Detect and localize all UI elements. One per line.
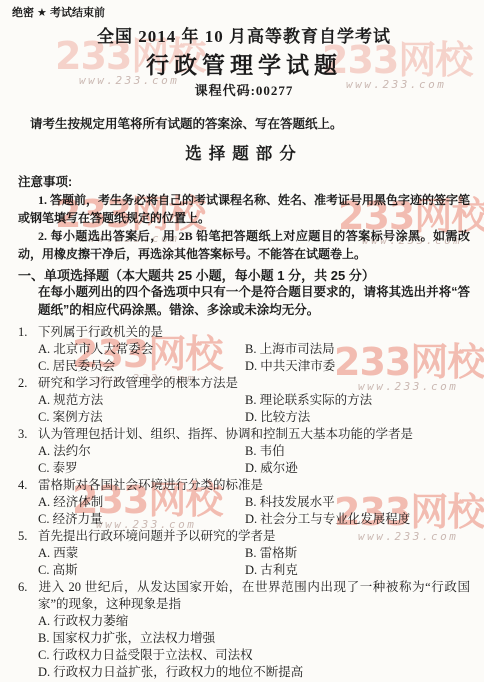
question-stem: 4.雷格斯对各国社会环境进行分类的标准是: [18, 477, 470, 494]
question-number: 4.: [18, 477, 38, 494]
question-options: A. 北京市人大常委会 B. 上海市司法局 C. 居民委员会 D. 中共天津市委: [38, 341, 470, 375]
option-a: A. 行政权力萎缩: [38, 613, 470, 630]
question-options: A. 规范方法 B. 理论联系实际的方法 C. 案例方法 D. 比较方法: [38, 392, 470, 426]
option-b: B. 理论联系实际的方法: [245, 392, 470, 409]
question-stem-text: 首先提出行政环境问题并予以研究的学者是: [38, 529, 276, 543]
part1-instructions: 在每小题列出的四个备选项中只有一个是符合题目要求的，请将其选出并将“答题纸”的相…: [38, 284, 470, 319]
question-1: 1.下列属于行政机关的是 A. 北京市人大常委会 B. 上海市司法局 C. 居民…: [18, 324, 470, 375]
question-stem-text: 认为管理包括计划、组织、指挥、协调和控制五大基本功能的学者是: [38, 427, 413, 441]
note-item-1: 1. 答题前，考生务必将自己的考试课程名称、姓名、准考证号用黑色字迹的签字笔或钢…: [18, 192, 470, 227]
question-stem: 5.首先提出行政环境问题并予以研究的学者是: [18, 528, 470, 545]
question-4: 4.雷格斯对各国社会环境进行分类的标准是 A. 经济体制 B. 科技发展水平 C…: [18, 477, 470, 528]
question-5: 5.首先提出行政环境问题并予以研究的学者是 A. 西蒙 B. 雷格斯 C. 高斯…: [18, 528, 470, 579]
option-a: A. 法约尔: [38, 443, 245, 460]
option-b: B. 国家权力扩张，立法权力增强: [38, 630, 470, 647]
question-3: 3.认为管理包括计划、组织、指挥、协调和控制五大基本功能的学者是 A. 法约尔 …: [18, 426, 470, 477]
question-2: 2.研究和学习行政管理学的根本方法是 A. 规范方法 B. 理论联系实际的方法 …: [18, 375, 470, 426]
option-a: A. 经济体制: [38, 494, 245, 511]
question-list: 1.下列属于行政机关的是 A. 北京市人大常委会 B. 上海市司法局 C. 居民…: [18, 324, 470, 681]
option-b: B. 上海市司法局: [245, 341, 470, 358]
note-item-2: 2. 每小题选出答案后，用 2B 铅笔把答题纸上对应题目的答案标号涂黑。如需改动…: [18, 228, 470, 263]
notes-title: 注意事项:: [18, 174, 470, 191]
question-number: 2.: [18, 375, 38, 392]
question-number: 1.: [18, 324, 38, 341]
question-stem-text: 研究和学习行政管理学的根本方法是: [38, 376, 238, 390]
question-stem-text: 雷格斯对各国社会环境进行分类的标准是: [38, 478, 263, 492]
option-c: C. 居民委员会: [38, 358, 245, 375]
option-c: C. 行政权力日益受限于立法权、司法权: [38, 647, 470, 664]
option-d: D. 行政权力日益扩张，行政权力的地位不断提高: [38, 664, 470, 681]
option-c: C. 泰罗: [38, 460, 245, 477]
question-stem: 1.下列属于行政机关的是: [18, 324, 470, 341]
question-stem: 3.认为管理包括计划、组织、指挥、协调和控制五大基本功能的学者是: [18, 426, 470, 443]
answer-sheet-instruction: 请考生按规定用笔将所有试题的答案涂、写在答题纸上。: [30, 116, 470, 133]
question-number: 5.: [18, 528, 38, 545]
option-a: A. 规范方法: [38, 392, 245, 409]
option-d: D. 社会分工与专业化发展程度: [245, 511, 470, 528]
question-stem: 6.进入 20 世纪后，从发达国家开始，在世界范围内出现了一种被称为“行政国家”…: [18, 579, 470, 613]
question-number: 6.: [18, 579, 38, 596]
option-d: D. 比较方法: [245, 409, 470, 426]
exam-title: 全国 2014 年 10 月高等教育自学考试: [18, 26, 470, 48]
option-a: A. 西蒙: [38, 545, 245, 562]
option-c: C. 经济力量: [38, 511, 245, 528]
option-d: D. 中共天津市委: [245, 358, 470, 375]
question-options: A. 西蒙 B. 雷格斯 C. 高斯 D. 古利克: [38, 545, 470, 579]
part1-heading: 一、单项选择题（本大题共 25 小题，每小题 1 分，共 25 分）: [18, 267, 470, 284]
question-stem-text: 进入 20 世纪后，从发达国家开始，在世界范围内出现了一种被称为“行政国家”的现…: [38, 580, 470, 611]
question-6: 6.进入 20 世纪后，从发达国家开始，在世界范围内出现了一种被称为“行政国家”…: [18, 579, 470, 681]
option-b: B. 雷格斯: [245, 545, 470, 562]
secrecy-classification: 绝密 ★ 考试结束前: [12, 6, 470, 20]
question-stem-text: 下列属于行政机关的是: [38, 325, 163, 339]
course-code: 课程代码:00277: [18, 82, 470, 99]
option-c: C. 高斯: [38, 562, 245, 579]
question-number: 3.: [18, 426, 38, 443]
option-a: A. 北京市人大常委会: [38, 341, 245, 358]
question-options: A. 行政权力萎缩 B. 国家权力扩张，立法权力增强 C. 行政权力日益受限于立…: [38, 613, 470, 681]
section-title: 选择题部分: [18, 144, 470, 164]
question-options: A. 经济体制 B. 科技发展水平 C. 经济力量 D. 社会分工与专业化发展程…: [38, 494, 470, 528]
option-b: B. 科技发展水平: [245, 494, 470, 511]
exam-subject-title: 行政管理学试题: [18, 51, 470, 79]
question-options: A. 法约尔 B. 韦伯 C. 泰罗 D. 威尔逊: [38, 443, 470, 477]
option-d: D. 古利克: [245, 562, 470, 579]
option-c: C. 案例方法: [38, 409, 245, 426]
option-d: D. 威尔逊: [245, 460, 470, 477]
question-stem: 2.研究和学习行政管理学的根本方法是: [18, 375, 470, 392]
exam-paper-page: 绝密 ★ 考试结束前 全国 2014 年 10 月高等教育自学考试 行政管理学试…: [0, 0, 484, 682]
page-content: 绝密 ★ 考试结束前 全国 2014 年 10 月高等教育自学考试 行政管理学试…: [0, 6, 484, 681]
option-b: B. 韦伯: [245, 443, 470, 460]
